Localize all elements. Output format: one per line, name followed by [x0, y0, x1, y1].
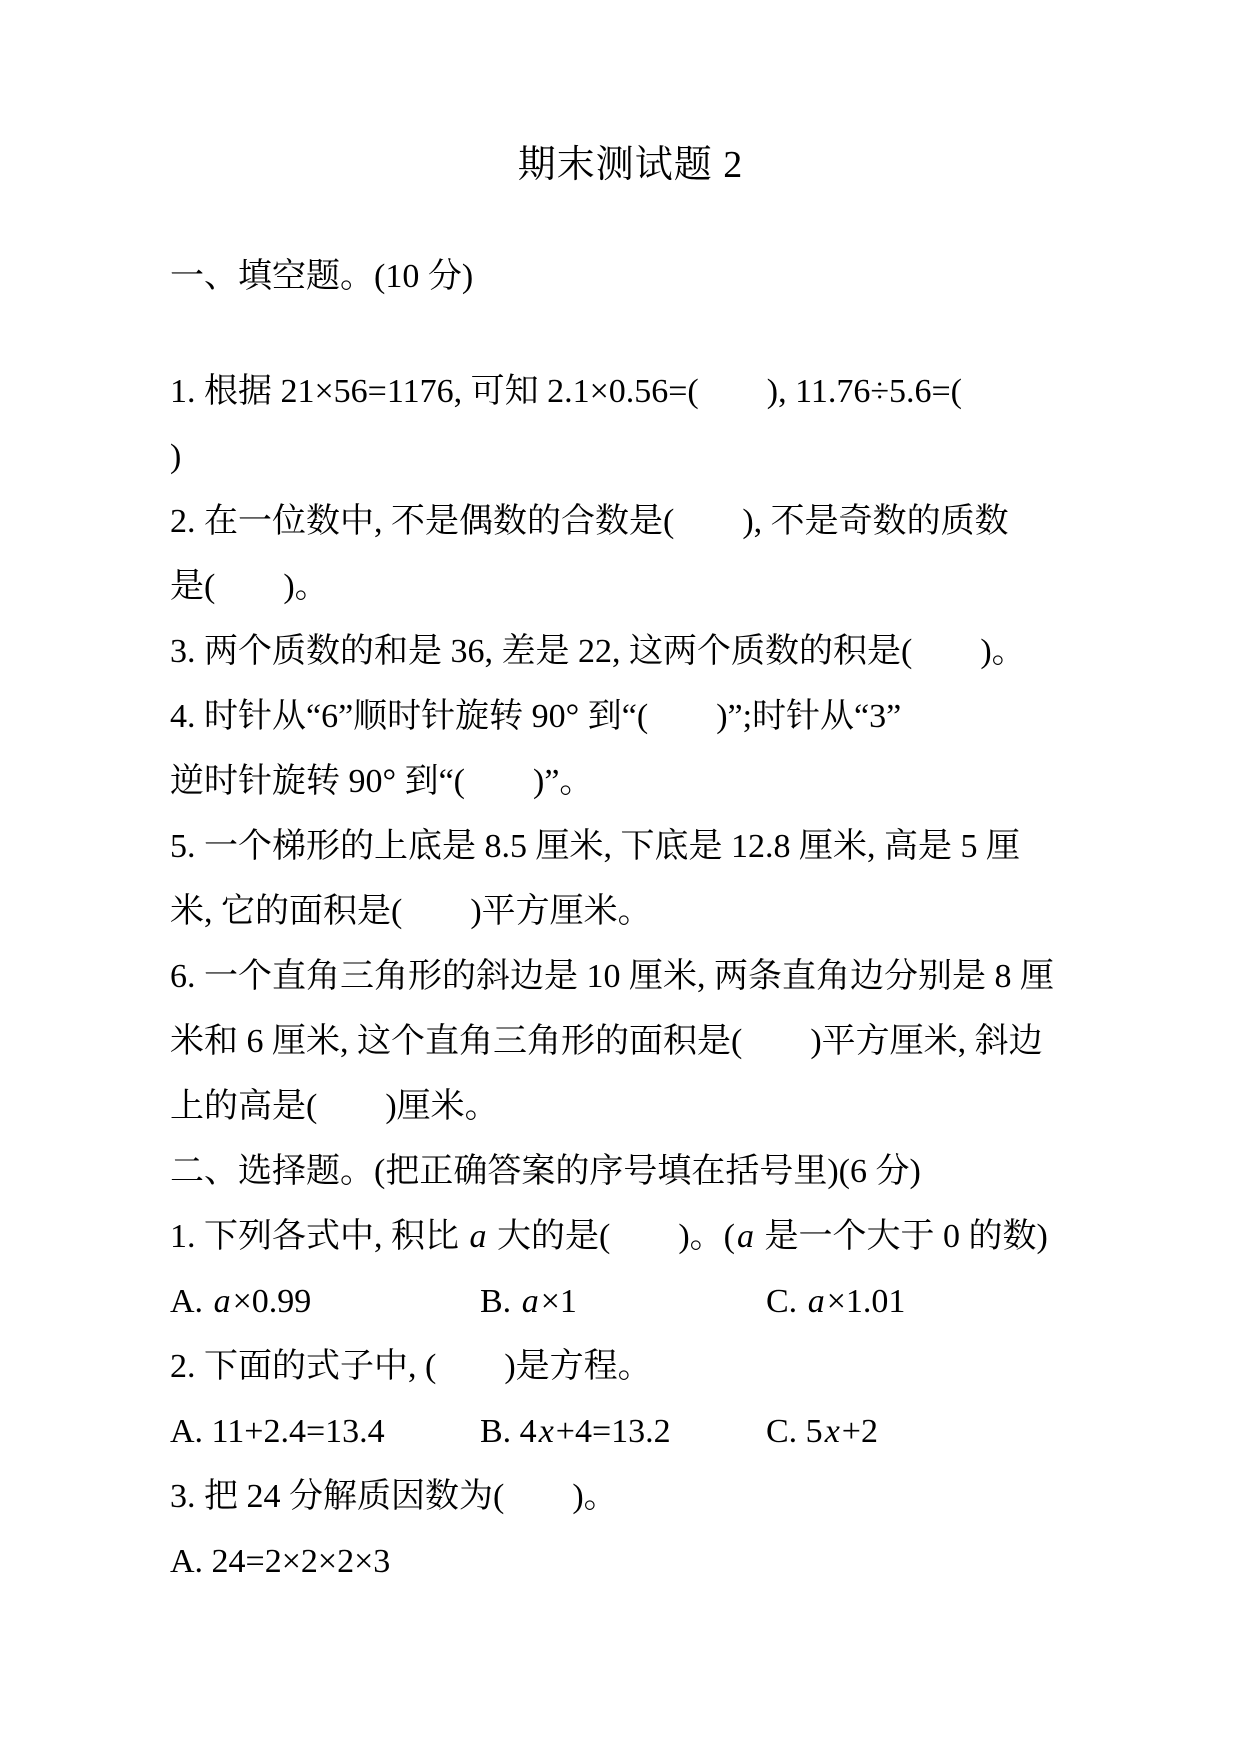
- answer-blank-space: [499, 791, 533, 792]
- document-body: 一、填空题。(10 分)1. 根据 21×56=1176, 可知 2.1×0.5…: [170, 244, 1091, 1594]
- option-c: C. a×1.01: [766, 1269, 905, 1334]
- text-run: ×1.01: [827, 1283, 906, 1320]
- text-run: 二、选择题。(把正确答案的序号填在括号里)(6 分): [170, 1153, 921, 1190]
- math-variable: a: [735, 1218, 756, 1255]
- math-variable: a: [520, 1283, 541, 1320]
- answer-blank-space: [648, 726, 682, 727]
- answer-blank-space: [249, 596, 283, 597]
- text-run: 逆时针旋转 90° 到“()”。: [170, 763, 593, 800]
- section-1-heading: 一、填空题。(10 分): [170, 244, 1091, 309]
- text-run: 5. 一个梯形的上底是 8.5 厘米, 下底是 12.8 厘米, 高是 5 厘: [170, 828, 1020, 865]
- answer-blank-space: [742, 1051, 776, 1052]
- answer-blank-space: [946, 661, 980, 662]
- answer-blank-space: [682, 726, 716, 727]
- text-run: A. 11+2.4=13.4: [170, 1413, 385, 1450]
- answer-blank-space: [538, 1506, 572, 1507]
- text-run: 一、填空题。(10 分): [170, 258, 473, 295]
- math-variable: x: [823, 1413, 842, 1450]
- text-run: 2. 在一位数中, 不是偶数的合数是(), 不是奇数的质数: [170, 503, 1009, 540]
- answer-blank-space: [708, 531, 742, 532]
- answer-blank-space: [504, 1506, 538, 1507]
- answer-blank-space: [436, 1376, 470, 1377]
- s2-q3-line-1: 3. 把 24 分解质因数为()。: [170, 1464, 1091, 1529]
- s2-q1-line-1: 1. 下列各式中, 积比 a 大的是()。(a 是一个大于 0 的数): [170, 1204, 1091, 1269]
- s2-q2-line-1: 2. 下面的式子中, ()是方程。: [170, 1334, 1091, 1399]
- text-run: 1. 根据 21×56=1176, 可知 2.1×0.56=(), 11.76÷…: [170, 373, 962, 410]
- answer-blank-space: [912, 661, 946, 662]
- math-variable: x: [537, 1413, 556, 1450]
- option-c: C. 5x+2: [766, 1399, 878, 1464]
- text-run: 是一个大于 0 的数): [756, 1218, 1048, 1255]
- text-run: 3. 把 24 分解质因数为()。: [170, 1478, 618, 1515]
- q6-line-2: 米和 6 厘米, 这个直角三角形的面积是()平方厘米, 斜边: [170, 1009, 1091, 1074]
- q3-line-1: 3. 两个质数的和是 36, 差是 22, 这两个质数的积是()。: [170, 619, 1091, 684]
- page-title: 期末测试题 2: [170, 133, 1091, 198]
- text-run: 大的是()。(: [489, 1218, 735, 1255]
- option-b: B. a×1: [480, 1269, 766, 1334]
- q1-line-2: ): [170, 424, 1091, 489]
- q5-line-2: 米, 它的面积是()平方厘米。: [170, 879, 1091, 944]
- q4-line-1: 4. 时针从“6”顺时针旋转 90° 到“()”;时针从“3”: [170, 684, 1091, 749]
- text-run: 米和 6 厘米, 这个直角三角形的面积是()平方厘米, 斜边: [170, 1023, 1043, 1060]
- text-run: 上的高是()厘米。: [170, 1088, 499, 1125]
- answer-blank-space: [776, 1051, 810, 1052]
- text-run: +2: [842, 1413, 878, 1450]
- text-run: A. 24=2×2×2×3: [170, 1543, 390, 1580]
- answer-blank-space: [644, 1246, 678, 1247]
- text-run: 是()。: [170, 568, 329, 605]
- answer-blank-space: [610, 1246, 644, 1247]
- q5-line-1: 5. 一个梯形的上底是 8.5 厘米, 下底是 12.8 厘米, 高是 5 厘: [170, 814, 1091, 879]
- s2-q1-options: A. a×0.99B. a×1C. a×1.01: [170, 1269, 1091, 1334]
- answer-blank-space: [402, 921, 436, 922]
- answer-blank-space: [317, 1116, 351, 1117]
- text-run: C. 5: [766, 1413, 823, 1450]
- text-run: +4=13.2: [556, 1413, 671, 1450]
- option-a: A. 11+2.4=13.4: [170, 1399, 480, 1464]
- answer-blank-space: [436, 921, 470, 922]
- text-run: ×1: [541, 1283, 577, 1320]
- text-run: 3. 两个质数的和是 36, 差是 22, 这两个质数的积是()。: [170, 633, 1026, 670]
- text-run: 4. 时针从“6”顺时针旋转 90° 到“()”;时针从“3”: [170, 698, 901, 735]
- option-a: A. a×0.99: [170, 1269, 480, 1334]
- text-run: 米, 它的面积是()平方厘米。: [170, 893, 652, 930]
- q6-line-1: 6. 一个直角三角形的斜边是 10 厘米, 两条直角边分别是 8 厘: [170, 944, 1091, 1009]
- option-b: B. 4x+4=13.2: [480, 1399, 766, 1464]
- text-run: 1. 下列各式中, 积比: [170, 1218, 468, 1255]
- q2-line-2: 是()。: [170, 554, 1091, 619]
- s2-q3-options: A. 24=2×2×2×3: [170, 1529, 1091, 1594]
- s2-q2-options: A. 11+2.4=13.4B. 4x+4=13.2C. 5x+2: [170, 1399, 1091, 1464]
- answer-blank-space: [699, 401, 733, 402]
- q1-line-1: 1. 根据 21×56=1176, 可知 2.1×0.56=(), 11.76÷…: [170, 359, 1091, 424]
- math-variable: a: [806, 1283, 827, 1320]
- text-run: B. 4: [480, 1413, 537, 1450]
- answer-blank-space: [351, 1116, 385, 1117]
- q2-line-1: 2. 在一位数中, 不是偶数的合数是(), 不是奇数的质数: [170, 489, 1091, 554]
- q6-line-3: 上的高是()厘米。: [170, 1074, 1091, 1139]
- document-page: 期末测试题 2 一、填空题。(10 分)1. 根据 21×56=1176, 可知…: [0, 0, 1241, 1754]
- text-run: 2. 下面的式子中, ()是方程。: [170, 1348, 652, 1385]
- answer-blank-space: [674, 531, 708, 532]
- text-run: A.: [170, 1283, 212, 1320]
- answer-blank-space: [465, 791, 499, 792]
- math-variable: a: [468, 1218, 489, 1255]
- answer-blank-space: [470, 1376, 504, 1377]
- option-a: A. 24=2×2×2×3: [170, 1529, 480, 1594]
- answer-blank-space: [733, 401, 767, 402]
- answer-blank-space: [215, 596, 249, 597]
- section-2-heading: 二、选择题。(把正确答案的序号填在括号里)(6 分): [170, 1139, 1091, 1204]
- text-run: C.: [766, 1283, 806, 1320]
- text-run: ): [170, 438, 181, 475]
- text-run: B.: [480, 1283, 520, 1320]
- q4-line-2: 逆时针旋转 90° 到“()”。: [170, 749, 1091, 814]
- math-variable: a: [212, 1283, 233, 1320]
- text-run: 6. 一个直角三角形的斜边是 10 厘米, 两条直角边分别是 8 厘: [170, 958, 1054, 995]
- text-run: ×0.99: [233, 1283, 312, 1320]
